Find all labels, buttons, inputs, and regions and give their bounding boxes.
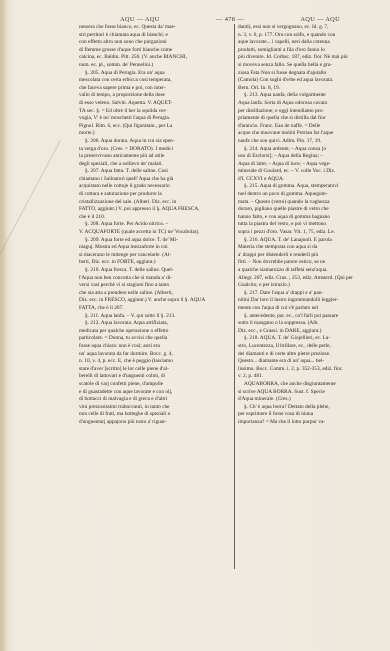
text-line: cristallizzazione del sale. (Alberi. Diz… bbox=[79, 199, 231, 207]
text-line: Gualcito, e per istrazio.) bbox=[238, 282, 370, 290]
text-line: d'Aqua minerale. (Cres.) bbox=[238, 396, 370, 404]
text-line: tutta la piastra del vetro, e poi vi met… bbox=[238, 221, 370, 229]
text-line: Pignol. Rim. 6, ecc. (Qui figuratam., pe… bbox=[79, 123, 231, 131]
text-line: tuel dentro un poco di gomma. Aquegom- bbox=[238, 191, 370, 199]
text-line: sopra i pezzi d'oro. Vasar. Vit. 1, 75, … bbox=[238, 229, 370, 237]
text-line: acque che muovane molini Potrian far l'a… bbox=[238, 130, 370, 138]
text-line: fitti. – Non dovrebbe parere ostico, se … bbox=[238, 259, 370, 267]
text-line: V. ACQUAFORTE (quale accetta in TC) ne' … bbox=[79, 229, 231, 237]
text-line: §. 210. Aqua fresca. T. delle saline. Qu… bbox=[79, 267, 231, 275]
text-line: §. 215. Aqua di gomma. Aqua, stemperatov… bbox=[238, 183, 370, 191]
text-line: uso di Esclorsi]; – Aqua della Regina; – bbox=[238, 153, 370, 161]
text-line: un' aqua lavorata da far dormire. Bocc. … bbox=[79, 351, 231, 359]
text-line: priamente di quella che si distilla dal … bbox=[238, 115, 370, 123]
text-line: aque lavorate... i capelli, neri dalla c… bbox=[238, 39, 370, 47]
text-line: sotto il mangano o la soppressa. (Alb. bbox=[238, 320, 370, 328]
text-line: §. 216. AQUA. T. de' Lanajuoli. È parola bbox=[238, 237, 370, 245]
text-line: Materia che stemprata con aqua si da bbox=[238, 244, 370, 252]
text-line: (Camola) Con sughi d'erbe ed aqua lavora… bbox=[238, 77, 370, 85]
text-line: Allegr. 207, ediz. Crus. ; 253, ediz. Am… bbox=[238, 275, 370, 283]
text-line: che sia atta a prendere nelle saline. (A… bbox=[79, 290, 231, 298]
text-line: l'Aqua non ben concotta che si manda a' … bbox=[79, 275, 231, 283]
text-line: di esso veleno. Salvin. Aquetta. V. AQUE… bbox=[79, 100, 231, 108]
text-line: morte.) bbox=[79, 130, 231, 138]
text-line: ziosa Fata Non si fusse degnata d'ajutal… bbox=[238, 70, 370, 78]
running-head-left: AQU — AQU bbox=[120, 16, 160, 23]
text-line: Bern. Orl. In. 8, 19. bbox=[238, 85, 370, 93]
text-line: stro, Lucentezza, Il brillare, ec., dell… bbox=[238, 343, 370, 351]
text-line: importanza? = Ma che il lotto purpur va- bbox=[238, 419, 370, 427]
text-line: Diz. ecc. in FRESCO, aggiunt.) V. anche … bbox=[79, 297, 231, 305]
text-line: niaguj. Mostra ed Aqua mezzaforte in cui bbox=[79, 244, 231, 252]
text-line: Aqua di latte; – Aqua di luce; – Aqua ve… bbox=[238, 161, 370, 169]
text-line: per esprimere il forse cosa di niuna bbox=[238, 411, 370, 419]
text-line: per distillazione; e oggi intendiamo pro… bbox=[238, 108, 370, 116]
text-line: §. Ch' è aqua borra? Dettato della plebe… bbox=[238, 404, 370, 412]
text-line: num. ec. pl., somm. de' Pennelini.) bbox=[79, 62, 231, 70]
text-line: §. 211. Aqua lanfa. – V. qui sotto il §.… bbox=[79, 313, 231, 321]
text-line: con effetto altro non sono che purgazion… bbox=[79, 39, 231, 47]
text-line: §. 217. Dare l'aqua a' drappi e a' pan- bbox=[238, 290, 370, 298]
text-line: di cottura e saturazione per produrre la bbox=[79, 191, 231, 199]
text-line: d'I, CCXVI e AQUA. bbox=[238, 176, 370, 184]
text-line: versi vasi perchè vi si stagioni fino a … bbox=[79, 282, 231, 290]
text-line: nilini Dar loro il lustro ingommandolli … bbox=[238, 297, 370, 305]
text-line: AQUABORRA, che anche disgiuntamente bbox=[238, 381, 370, 389]
text-line: degli speziali, che a sollievo de' malat… bbox=[79, 161, 231, 169]
text-line: prodotti, somiglianti a fila d'oro fanno… bbox=[238, 47, 370, 55]
running-head: AQU — AQU — 478 — AQU — AQU bbox=[120, 16, 340, 23]
text-line: acquistato nelle cottoje il grado necess… bbox=[79, 183, 231, 191]
text-line: e di guastadette con aque lavorate e con… bbox=[79, 389, 231, 397]
text-line: stri pertitori è chiamata aqua di bianch… bbox=[79, 32, 231, 40]
text-line: n. 10, v. 4, p. ecc. E, che è peggio (la… bbox=[79, 358, 231, 366]
text-line: a qualche siamaruzzo di taffetà senz'aqu… bbox=[238, 267, 370, 275]
scanned-page: AQU — AQU — 478 — AQU — AQU nessera che … bbox=[0, 0, 390, 651]
text-line: Aqua lanfa. Sorta di Aqua odorosa cavata bbox=[238, 100, 370, 108]
text-line: §. 209. Aqua forte ed aqua dolce. T. de'… bbox=[79, 237, 231, 245]
text-line: vallo di tempo, a proporzione della dose bbox=[79, 92, 231, 100]
text-line: TA sec. §. = Ed oltre il ber la squilda … bbox=[79, 108, 231, 116]
text-line: che faceva sapere prima e poi, con inter… bbox=[79, 85, 231, 93]
text-line: mente con l'aqua di cui s'è parlato nel bbox=[238, 305, 370, 313]
text-line: si moveva senza fallo. Se quella bella e… bbox=[238, 62, 370, 70]
text-line: danti), essi non si vergognano, ec. Id. … bbox=[238, 24, 370, 32]
text-line: §. 214. Aqua ardente; – Aqua conza [o bbox=[238, 146, 370, 154]
text-line: fosse aqua chiara: non è così; anzi era bbox=[79, 343, 231, 351]
text-line: chiamano i Salinatori quell' Aqua che ha… bbox=[79, 176, 231, 184]
text-line: più divenire. Id. Corbac. 187, ediz. fio… bbox=[238, 54, 370, 62]
text-line: stare d'aver [scritto] le lor celle pien… bbox=[79, 366, 231, 374]
text-line: d'unguentarj appajono più tosto a' rigua… bbox=[79, 419, 231, 427]
text-line: v. 2, p. 481. bbox=[238, 373, 370, 381]
text-line: nessera che fosse bianco, ec. Questa da'… bbox=[79, 24, 231, 32]
text-line: non celle di frati, ma botteghe di spezi… bbox=[79, 411, 231, 419]
text-line: la preservivano anticamente più ad utile bbox=[79, 153, 231, 161]
text-line: a' drappi per distenderli e renderli più bbox=[238, 252, 370, 260]
text-line: §. 218. AQUA. T. de' Giojellieri, ec. La… bbox=[238, 335, 370, 343]
text-line: calcina, ec. Baldin. Pitt. 256. (V. anch… bbox=[79, 54, 231, 62]
paper-crease bbox=[0, 140, 61, 299]
text-line: berelli di lattovari e d'unguenti colmi,… bbox=[79, 373, 231, 381]
text-line: medicata per qualche operazione o effett… bbox=[79, 328, 231, 336]
text-line: §. 213. Aqua nanfa, della volgarmente bbox=[238, 92, 370, 100]
text-line: FATTA, che è il 207. bbox=[79, 305, 231, 313]
text-line: doraro, pigliano quelle piastre di vetro… bbox=[238, 206, 370, 214]
text-line: Questo... diamante era di un' aqua... be… bbox=[238, 358, 370, 366]
text-line: ta verga d'oro. (Cres. = DORATO). I medi… bbox=[79, 146, 231, 154]
text-line: n. 3, v. 6, p. 177. Ora con solfo, e qua… bbox=[238, 32, 370, 40]
text-line: si macerano le mitenge per cancelarle. (… bbox=[79, 252, 231, 260]
text-line: di bottacci di malvagia e di greca e d'a… bbox=[79, 396, 231, 404]
text-line: berti, Diz. ecc. in FORTE, aggiunt.) bbox=[79, 259, 231, 267]
spine-shadow bbox=[0, 0, 8, 651]
text-line: che è il 210. bbox=[79, 214, 231, 222]
text-line: particolare. = Donna, tu avvisi che quel… bbox=[79, 335, 231, 343]
text-line: nanfe che son quivi. Adim. Pin. 17, 19. bbox=[238, 138, 370, 146]
text-line: §. 207. Aqua fatta. T. delle saline. Cos… bbox=[79, 168, 231, 176]
text-line: mescolata con certa erbicca così tempera… bbox=[79, 77, 231, 85]
text-line: hanno fatto, e con aqua di gomma bagnano bbox=[238, 214, 370, 222]
text-line: dei diamanti e di certe altre pietre pre… bbox=[238, 351, 370, 359]
right-column: danti), essi non si vergognano, ec. Id. … bbox=[238, 24, 370, 426]
text-line: §. 212. Aqua lavorata. Aqua artifiziata, bbox=[79, 320, 231, 328]
text-line: scatole di varj confetti piene, d'ampoll… bbox=[79, 381, 231, 389]
text-line: §. 205. Aqua di Perugia. Era un' aqua bbox=[79, 70, 231, 78]
text-line: §. 208. Aqua forte. Per Acido nitrico. – bbox=[79, 221, 231, 229]
text-line: d'arancio. Franc. Eau de naffe. = Delle bbox=[238, 123, 370, 131]
text-line: si scrive AQUA BORRA. Sust. f. Specie bbox=[238, 389, 370, 397]
text-line: mata. – Questo (vetro) quando la vaghezz… bbox=[238, 199, 370, 207]
text-line: FATTO, aggiunt.) V. poi appresso il §. A… bbox=[79, 206, 231, 214]
text-line: vogia, V' è no' moschetti l'aqua di Peru… bbox=[79, 115, 231, 123]
left-column: nessera che fosse bianco, ec. Questa da'… bbox=[79, 24, 231, 426]
page-number: — 478 — bbox=[216, 16, 244, 23]
text-line: §. 206. Aqua dorata. Aqua in cui sia spe… bbox=[79, 138, 231, 146]
text-line: vini preziosissimi traboccanti, in tanto… bbox=[79, 404, 231, 412]
text-line: §. antecedente, par. ec., co'l farli poi… bbox=[238, 313, 370, 321]
text-line: lissimo. Bocc. Comm. i. 2, p. 352-353, e… bbox=[238, 366, 370, 374]
text-line: di flemme grosse d'aque forti bianche co… bbox=[79, 47, 231, 55]
text-line: Diz. ecc., e Grassi. in DARE, aggiunt.) bbox=[238, 328, 370, 336]
text-line: minerale di Goulard, ec. – V. colle Voc.… bbox=[238, 168, 370, 176]
running-head-right: AQU — AQU bbox=[300, 16, 340, 23]
